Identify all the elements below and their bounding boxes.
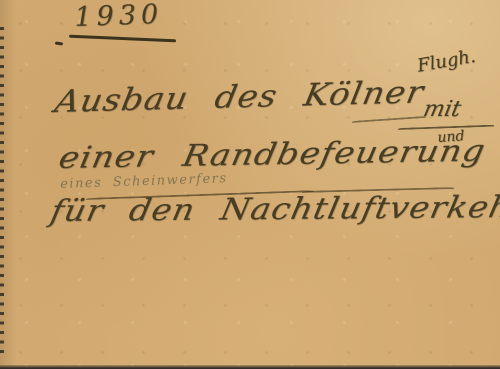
pen-connector-stroke: [352, 116, 426, 123]
scanned-handwritten-note: 1930 Flugh. Ausbau des Kölner mit und ei…: [0, 0, 500, 369]
ink-speck: [55, 41, 63, 45]
year-underline: [69, 35, 176, 43]
perforation-edge: [0, 27, 4, 357]
handwriting-line-2: einer Randbefeuerung: [56, 137, 488, 174]
year-text: 1930: [74, 1, 164, 31]
handwriting-line-1: Ausbau des Kölner: [52, 77, 426, 118]
bottom-scan-edge: [0, 365, 500, 369]
handwriting-line-3: für den Nachtluftverkehr: [48, 193, 500, 227]
word-mit: mit: [421, 99, 462, 121]
insertion-flugh: Flugh.: [416, 48, 477, 76]
